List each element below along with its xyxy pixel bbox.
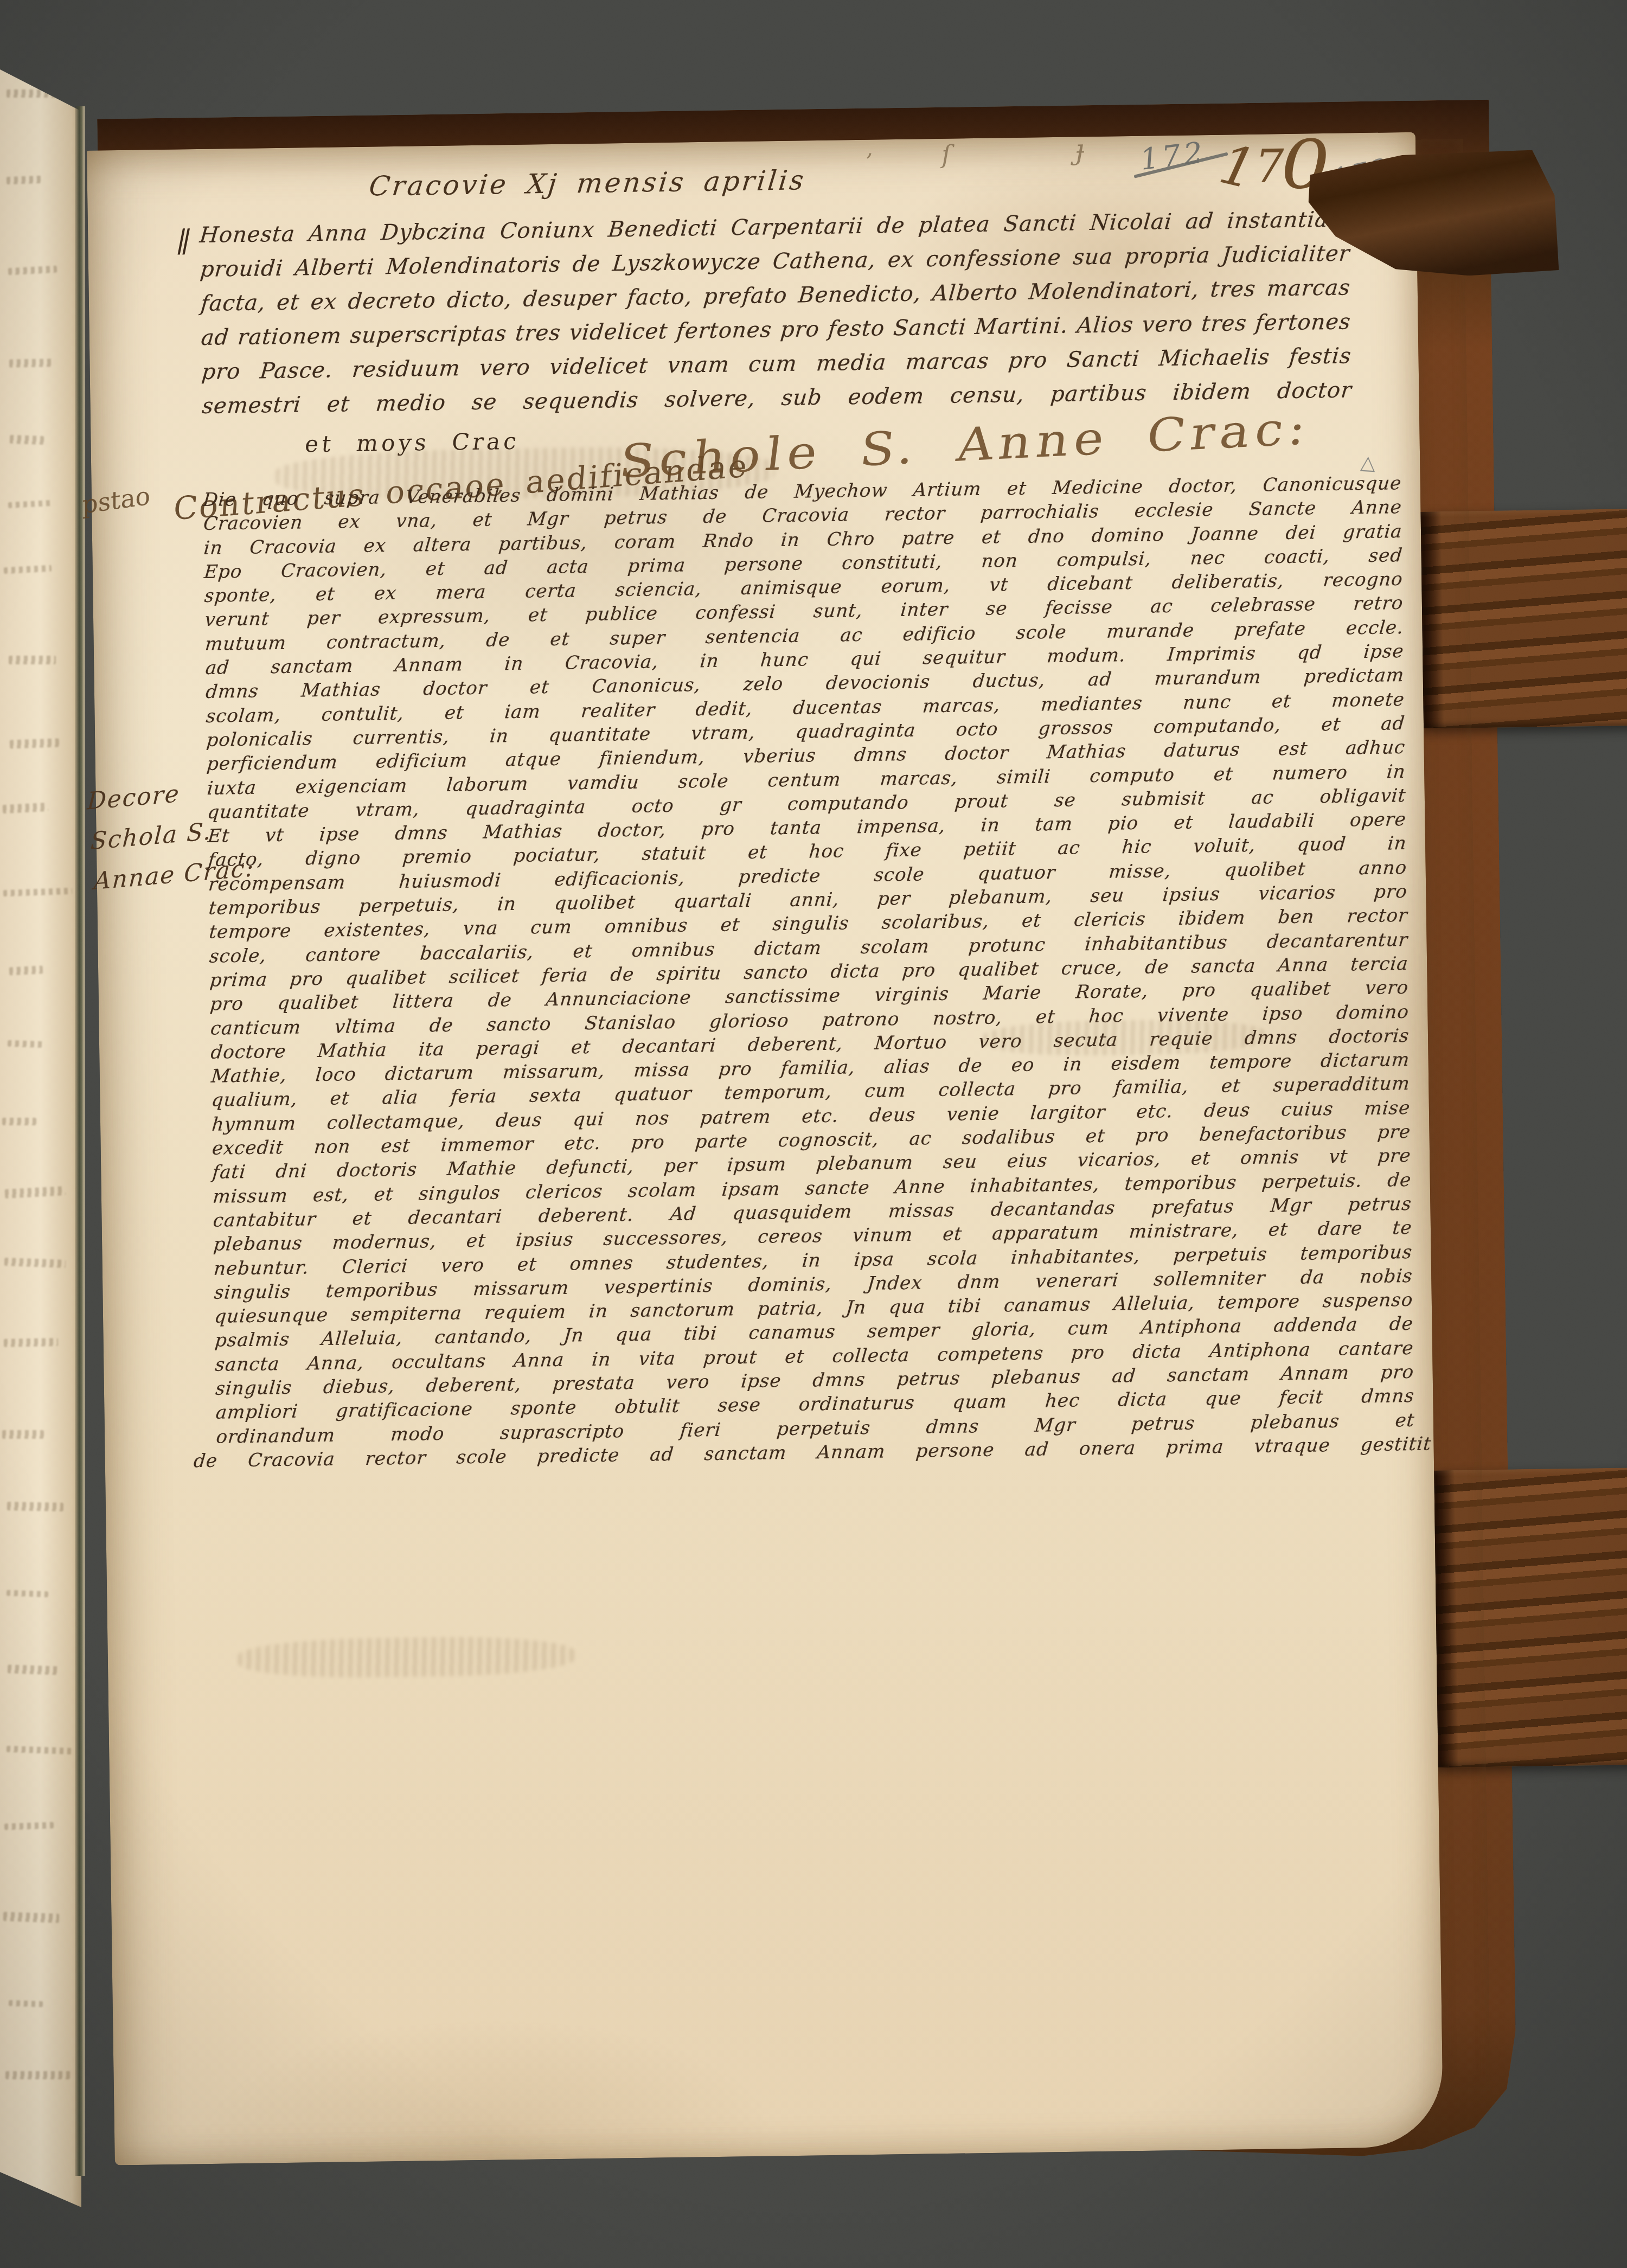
showthrough-line — [8, 1040, 44, 1048]
showthrough-line — [7, 176, 42, 184]
showthrough-line — [8, 1664, 60, 1675]
showthrough-line — [4, 1822, 54, 1830]
stray-ink-mark: ’ — [866, 150, 873, 175]
entry2-text-block: Die quo supra Venerabiles domini Mathias… — [203, 474, 1415, 1476]
showthrough-line — [9, 2000, 43, 2007]
showthrough-line — [5, 1186, 66, 1199]
showthrough-line — [7, 89, 78, 98]
manuscript-scan: 172 170 173 ’ſɟ Cracovie Xj mensis april… — [0, 0, 1627, 2268]
showthrough-line — [7, 1746, 72, 1754]
showthrough-line — [2, 1118, 36, 1125]
manuscript-page: 172 170 173 ’ſɟ Cracovie Xj mensis april… — [87, 132, 1444, 2166]
showthrough-line — [4, 565, 52, 574]
showthrough-line — [10, 435, 44, 445]
showthrough-line — [4, 1258, 66, 1268]
showthrough-line — [8, 266, 57, 276]
stray-ink-mark: ſ — [941, 140, 951, 169]
book-block: 172 170 173 ’ſɟ Cracovie Xj mensis april… — [81, 131, 1530, 2165]
folio-ink-digit: 7 — [1255, 139, 1285, 193]
showthrough-line — [10, 738, 60, 748]
showthrough-line — [9, 656, 56, 664]
showthrough-smudge — [238, 1636, 574, 1680]
stray-ink-mark: ɟ — [1075, 133, 1084, 166]
book-gutter — [75, 106, 85, 2176]
previous-page-edge — [0, 0, 81, 2207]
showthrough-line — [8, 500, 53, 508]
showthrough-line — [3, 888, 72, 896]
showthrough-line — [3, 803, 49, 813]
showthrough-line — [7, 1502, 63, 1511]
showthrough-line — [9, 965, 43, 975]
paragraph-mark: ∥ — [174, 226, 193, 259]
folio-number-struck: 172 — [1138, 135, 1208, 177]
showthrough-line — [7, 1590, 48, 1598]
entry1-date-heading: Cracovie Xj mensis aprilis — [368, 164, 808, 202]
showthrough-line — [5, 2071, 73, 2079]
showthrough-line — [3, 1912, 60, 1923]
showthrough-line — [9, 358, 53, 367]
triangle-pencil-mark: △ — [1360, 451, 1376, 474]
showthrough-line — [2, 1430, 44, 1439]
showthrough-line — [4, 1338, 58, 1347]
entry1-text-block: Honesta Anna Dybczina Coniunx Benedicti … — [199, 208, 1351, 429]
section-heading-prefix: pstao — [82, 480, 150, 520]
